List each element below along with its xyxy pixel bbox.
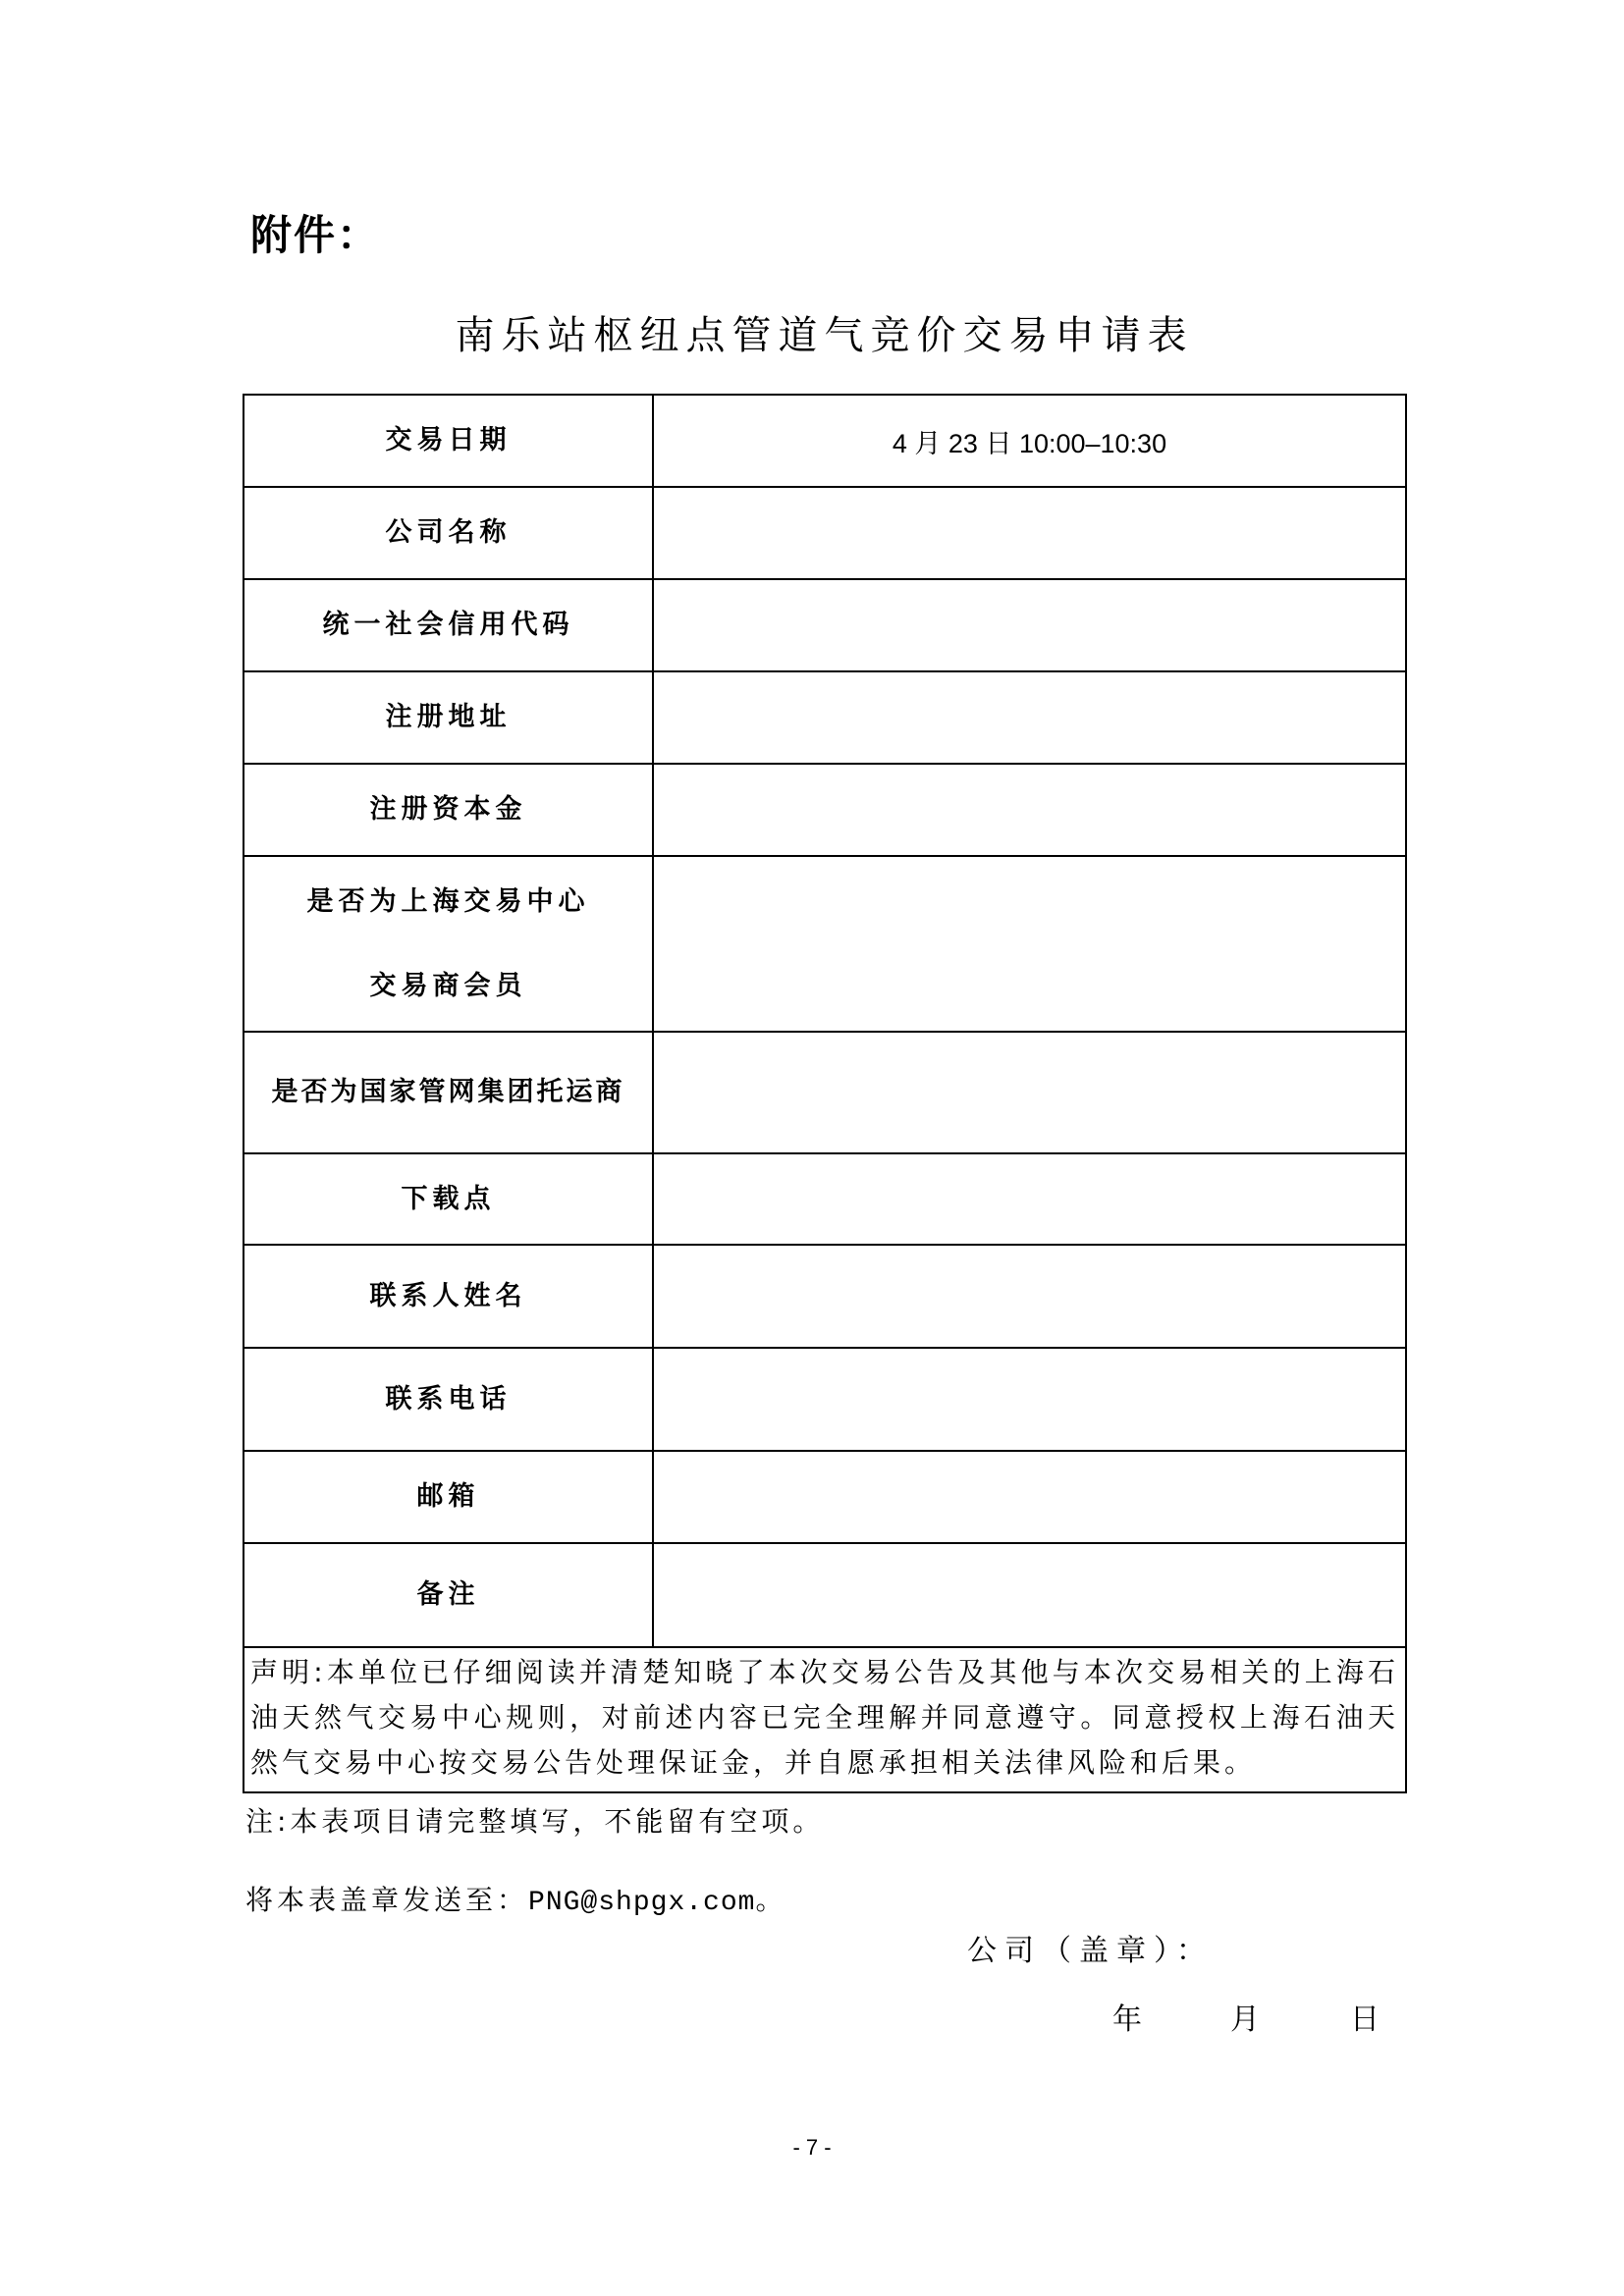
value-shanghai-member[interactable] [653,856,1406,1032]
value-email[interactable] [653,1451,1406,1543]
value-trade-date[interactable]: 4 月 23 日 10:00–10:30 [653,395,1406,487]
fill-note: 注:本表项目请完整填写，不能留有空项。 [245,1802,824,1842]
row-declaration: 声明:本单位已仔细阅读并清楚知晓了本次交易公告及其他与本次交易相关的上海石油天然… [244,1647,1406,1792]
label-email: 邮箱 [244,1451,653,1543]
value-contact-name[interactable] [653,1245,1406,1348]
label-company-name: 公司名称 [244,487,653,579]
page-number: - 7 - [763,2134,861,2162]
label-registered-address: 注册地址 [244,671,653,764]
label-credit-code: 统一社会信用代码 [244,579,653,671]
label-download-point: 下载点 [244,1153,653,1245]
value-company-name[interactable] [653,487,1406,579]
row-shanghai-member: 是否为上海交易中心 交易商会员 [244,856,1406,1032]
value-download-point[interactable] [653,1153,1406,1245]
row-download-point: 下载点 [244,1153,1406,1245]
row-registered-capital: 注册资本金 [244,764,1406,856]
date-month-label: 月 [1230,1999,1260,2042]
row-credit-code: 统一社会信用代码 [244,579,1406,671]
row-trade-date: 交易日期 4 月 23 日 10:00–10:30 [244,395,1406,487]
row-company-name: 公司名称 [244,487,1406,579]
label-contact-phone: 联系电话 [244,1348,653,1451]
form-title: 南乐站枢纽点管道气竞价交易申请表 [243,308,1406,363]
row-contact-phone: 联系电话 [244,1348,1406,1451]
label-pipeline-shipper: 是否为国家管网集团托运商 [244,1032,653,1153]
label-shanghai-member: 是否为上海交易中心 交易商会员 [244,856,653,1032]
value-registered-capital[interactable] [653,764,1406,856]
value-credit-code[interactable] [653,579,1406,671]
send-prefix: 将本表盖章发送至： [245,1884,528,1916]
company-stamp-label: 公司（盖章）： [967,1930,1214,1973]
value-contact-phone[interactable] [653,1348,1406,1451]
label-remarks: 备注 [244,1543,653,1647]
label-trade-date: 交易日期 [244,395,653,487]
send-note: 将本表盖章发送至：PNG@shpgx.com。 [245,1881,784,1923]
attachment-label: 附件： [250,210,380,261]
row-remarks: 备注 [244,1543,1406,1647]
row-email: 邮箱 [244,1451,1406,1543]
date-day-label: 日 [1350,1999,1380,2042]
value-registered-address[interactable] [653,671,1406,764]
declaration-text: 声明:本单位已仔细阅读并清楚知晓了本次交易公告及其他与本次交易相关的上海石油天然… [244,1647,1406,1792]
date-year-label: 年 [1112,1999,1142,2042]
value-remarks[interactable] [653,1543,1406,1647]
application-form-table: 交易日期 4 月 23 日 10:00–10:30 公司名称 统一社会信用代码 … [243,394,1407,1793]
label-contact-name: 联系人姓名 [244,1245,653,1348]
row-pipeline-shipper: 是否为国家管网集团托运商 [244,1032,1406,1153]
value-pipeline-shipper[interactable] [653,1032,1406,1153]
send-email-link[interactable]: PNG@shpgx.com。 [528,1888,784,1918]
row-contact-name: 联系人姓名 [244,1245,1406,1348]
row-registered-address: 注册地址 [244,671,1406,764]
label-registered-capital: 注册资本金 [244,764,653,856]
